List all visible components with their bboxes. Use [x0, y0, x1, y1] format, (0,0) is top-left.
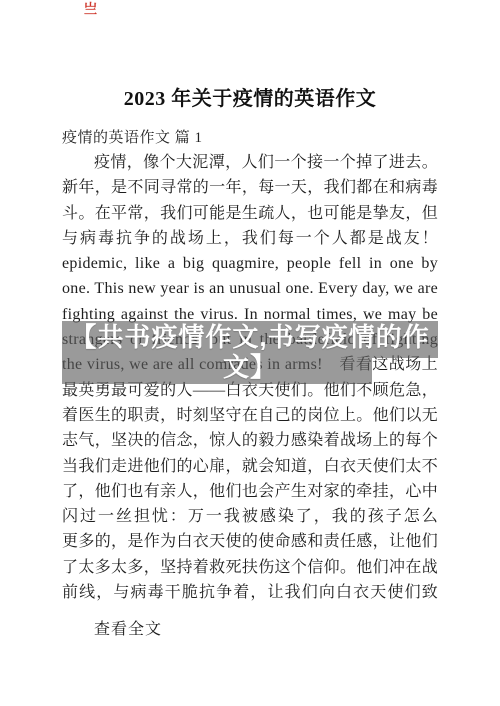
document-page: 亗 2023 年关于疫情的英语作文 疫情的英语作文 篇 1 疫情，像个大泥潭，人…	[0, 0, 500, 706]
watermark-text: 【共书疫情作文,书写疫情的作文】	[62, 322, 438, 382]
body-line: 新年，是不同寻常的一年，每一天，我们都在和病毒战	[62, 175, 438, 200]
body-line: 斗。在平常，我们可能是生疏人，也可能是挚友，但到了	[62, 201, 438, 226]
body-line: 疫情，像个大泥潭，人们一个接一个掉了进去。这个	[62, 150, 438, 175]
section-heading: 疫情的英语作文 篇 1	[62, 126, 203, 147]
body-line: 与病毒抗争的战场上，我们每一个人都是战友！ The	[62, 226, 438, 251]
body-line: 更多的，是作为白衣天使的使命感和责任感，让他们牺牲	[62, 529, 438, 554]
body-line: 了，他们也有亲人，他们也会产生对家的牵挂，心中也会	[62, 479, 438, 504]
red-corner-mark: 亗	[84, 3, 97, 16]
body-line: 了太多太多，坚持着救死扶伤这个信仰。他们冲在战场最	[62, 555, 438, 580]
body-line: 志气，坚决的信念，惊人的毅力感染着战场上的每个人。	[62, 428, 438, 453]
body-line: one. This new year is an unusual one. Ev…	[62, 276, 438, 301]
body-line: 闪过一丝担忧：万一我被感染了，我的孩子怎么办……但	[62, 504, 438, 529]
body-line: 着医生的职责，时刻坚守在自己的岗位上。他们以无畏的	[62, 403, 438, 428]
body-line: 当我们走进他们的心扉，就会知道，白衣天使们太不简洁	[62, 454, 438, 479]
body-line: 前线，与病毒干脆抗争着，让我们向白衣天使们致敬！	[62, 580, 438, 605]
body-line: epidemic, like a big quagmire, people fe…	[62, 251, 438, 276]
view-full-text-link[interactable]: 查看全文	[94, 616, 162, 639]
page-title: 2023 年关于疫情的英语作文	[0, 82, 500, 111]
